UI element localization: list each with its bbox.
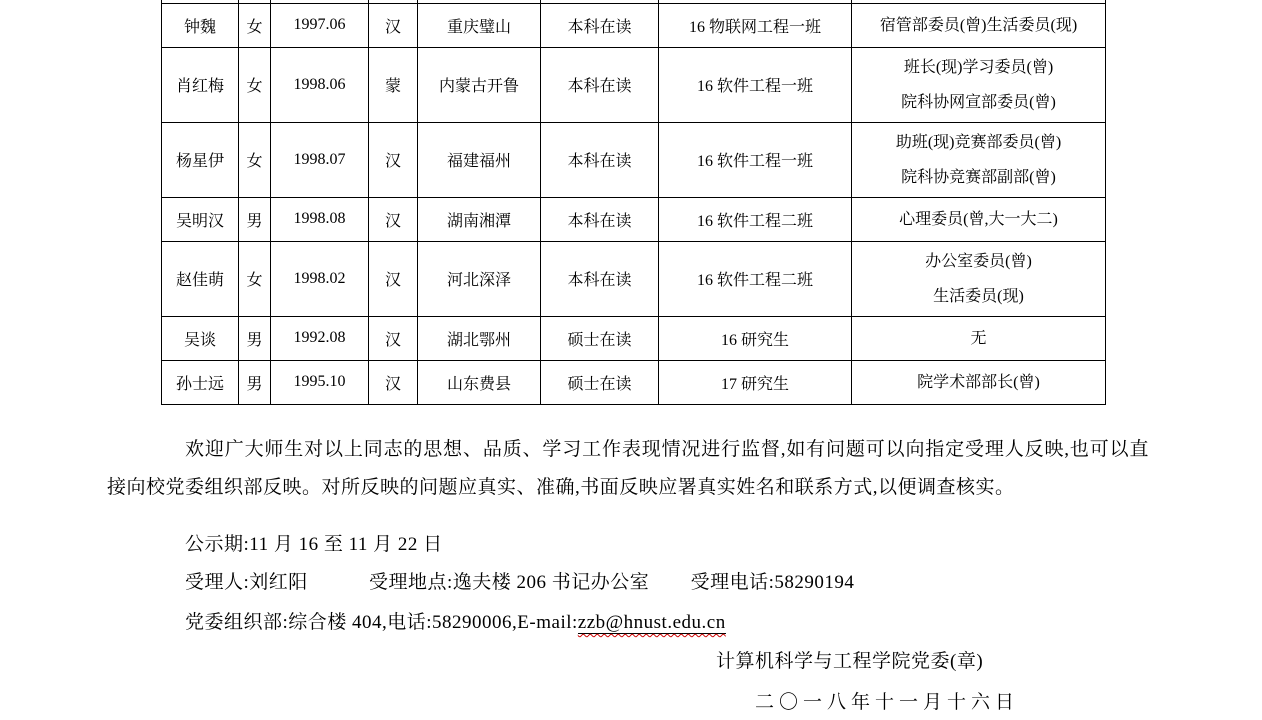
cell-gender: 女: [239, 47, 271, 122]
cell-positions: 办公室委员(曾)生活委员(现): [852, 241, 1106, 316]
cell-positions: 宿管部委员(曾)生活委员(现): [852, 3, 1106, 47]
cell-positions: 助班(现)竞赛部委员(曾)院科协竞赛部副部(曾): [852, 122, 1106, 197]
cell-gender: 男: [239, 197, 271, 241]
contact-line: 受理人:刘红阳 受理地点:逸夫楼 206 书记办公室 受理电话:58290194: [185, 567, 854, 594]
position-line: 宿管部委员(曾)生活委员(现): [852, 8, 1105, 43]
position-line: 无: [852, 321, 1105, 356]
cell-class: 16 软件工程二班: [659, 241, 852, 316]
publicity-period-line: 公示期:11 月 16 至 11 月 22 日: [185, 529, 443, 556]
document-page: 钟魏女1997.06汉重庆璧山本科在读16 物联网工程一班宿管部委员(曾)生活委…: [0, 0, 1262, 720]
cell-education: 硕士在读: [541, 360, 659, 404]
cell-birth: 1992.08: [271, 316, 369, 360]
cell-birth: 1998.08: [271, 197, 369, 241]
table-row: 肖红梅女1998.06蒙内蒙古开鲁本科在读16 软件工程一班班长(现)学习委员(…: [162, 47, 1106, 122]
cell-ethnicity: 汉: [369, 197, 418, 241]
cell-hometown: 山东费县: [418, 360, 541, 404]
email-link[interactable]: zzb@hnust.edu.cn: [578, 612, 726, 634]
position-line: 办公室委员(曾): [852, 244, 1105, 279]
roster-table-body: 钟魏女1997.06汉重庆璧山本科在读16 物联网工程一班宿管部委员(曾)生活委…: [162, 0, 1106, 404]
cell-hometown: 湖南湘潭: [418, 197, 541, 241]
cell-education: 本科在读: [541, 47, 659, 122]
cell-ethnicity: 汉: [369, 3, 418, 47]
position-line: 院科协网宣部委员(曾): [852, 85, 1105, 120]
cell-positions: 心理委员(曾,大一大二): [852, 197, 1106, 241]
cell-education: 本科在读: [541, 241, 659, 316]
supervision-paragraph: 欢迎广大师生对以上同志的思想、品质、学习工作表现情况进行监督,如有问题可以向指定…: [107, 431, 1149, 507]
org-department-line: 党委组织部:综合楼 404,电话:58290006,E-mail:zzb@hnu…: [185, 607, 726, 634]
cell-class: 16 物联网工程一班: [659, 3, 852, 47]
table-row: 孙士远男1995.10汉山东费县硕士在读17 研究生院学术部部长(曾): [162, 360, 1106, 404]
cell-hometown: 重庆璧山: [418, 3, 541, 47]
date-line: 二〇一八年十一月十六日: [755, 687, 1019, 714]
cell-birth: 1998.02: [271, 241, 369, 316]
cell-class: 16 软件工程二班: [659, 197, 852, 241]
cell-ethnicity: 汉: [369, 316, 418, 360]
phone-text: 受理电话:58290194: [691, 572, 855, 593]
cell-gender: 女: [239, 3, 271, 47]
position-line: 院科协竞赛部副部(曾): [852, 160, 1105, 195]
cell-birth: 1995.10: [271, 360, 369, 404]
cell-class: 16 研究生: [659, 316, 852, 360]
cell-name: 肖红梅: [162, 47, 239, 122]
cell-class: 16 软件工程一班: [659, 122, 852, 197]
cell-positions: 院学术部部长(曾): [852, 360, 1106, 404]
roster-table: 钟魏女1997.06汉重庆璧山本科在读16 物联网工程一班宿管部委员(曾)生活委…: [161, 0, 1106, 405]
cell-class: 16 软件工程一班: [659, 47, 852, 122]
cell-name: 孙士远: [162, 360, 239, 404]
cell-education: 本科在读: [541, 122, 659, 197]
cell-name: 赵佳萌: [162, 241, 239, 316]
cell-hometown: 河北深泽: [418, 241, 541, 316]
cell-positions: 班长(现)学习委员(曾)院科协网宣部委员(曾): [852, 47, 1106, 122]
position-line: 生活委员(现): [852, 279, 1105, 314]
handler-text: 受理人:刘红阳: [185, 572, 308, 593]
cell-name: 杨星伊: [162, 122, 239, 197]
table-row: 赵佳萌女1998.02汉河北深泽本科在读16 软件工程二班办公室委员(曾)生活委…: [162, 241, 1106, 316]
cell-hometown: 湖北鄂州: [418, 316, 541, 360]
cell-gender: 女: [239, 122, 271, 197]
cell-class: 17 研究生: [659, 360, 852, 404]
org-department-text: 党委组织部:综合楼 404,电话:58290006,E-mail:: [185, 612, 578, 633]
position-line: 班长(现)学习委员(曾): [852, 50, 1105, 85]
cell-ethnicity: 汉: [369, 360, 418, 404]
cell-name: 吴谈: [162, 316, 239, 360]
location-text: 受理地点:逸夫楼 206 书记办公室: [369, 572, 649, 593]
cell-birth: 1998.06: [271, 47, 369, 122]
cell-ethnicity: 汉: [369, 241, 418, 316]
cell-birth: 1997.06: [271, 3, 369, 47]
signature-line: 计算机科学与工程学院党委(章): [716, 646, 983, 673]
position-line: 心理委员(曾,大一大二): [852, 202, 1105, 237]
cell-ethnicity: 蒙: [369, 47, 418, 122]
cell-hometown: 福建福州: [418, 122, 541, 197]
cell-birth: 1998.07: [271, 122, 369, 197]
table-row: 吴谈男1992.08汉湖北鄂州硕士在读16 研究生无: [162, 316, 1106, 360]
cell-gender: 男: [239, 360, 271, 404]
cell-positions: 无: [852, 316, 1106, 360]
position-line: 院学术部部长(曾): [852, 365, 1105, 400]
cell-gender: 女: [239, 241, 271, 316]
position-line: 助班(现)竞赛部委员(曾): [852, 125, 1105, 160]
cell-gender: 男: [239, 316, 271, 360]
cell-ethnicity: 汉: [369, 122, 418, 197]
cell-education: 本科在读: [541, 197, 659, 241]
cell-education: 本科在读: [541, 3, 659, 47]
cell-name: 钟魏: [162, 3, 239, 47]
cell-education: 硕士在读: [541, 316, 659, 360]
table-row: 吴明汉男1998.08汉湖南湘潭本科在读16 软件工程二班心理委员(曾,大一大二…: [162, 197, 1106, 241]
table-row: 杨星伊女1998.07汉福建福州本科在读16 软件工程一班助班(现)竞赛部委员(…: [162, 122, 1106, 197]
cell-hometown: 内蒙古开鲁: [418, 47, 541, 122]
cell-name: 吴明汉: [162, 197, 239, 241]
table-row: 钟魏女1997.06汉重庆璧山本科在读16 物联网工程一班宿管部委员(曾)生活委…: [162, 3, 1106, 47]
